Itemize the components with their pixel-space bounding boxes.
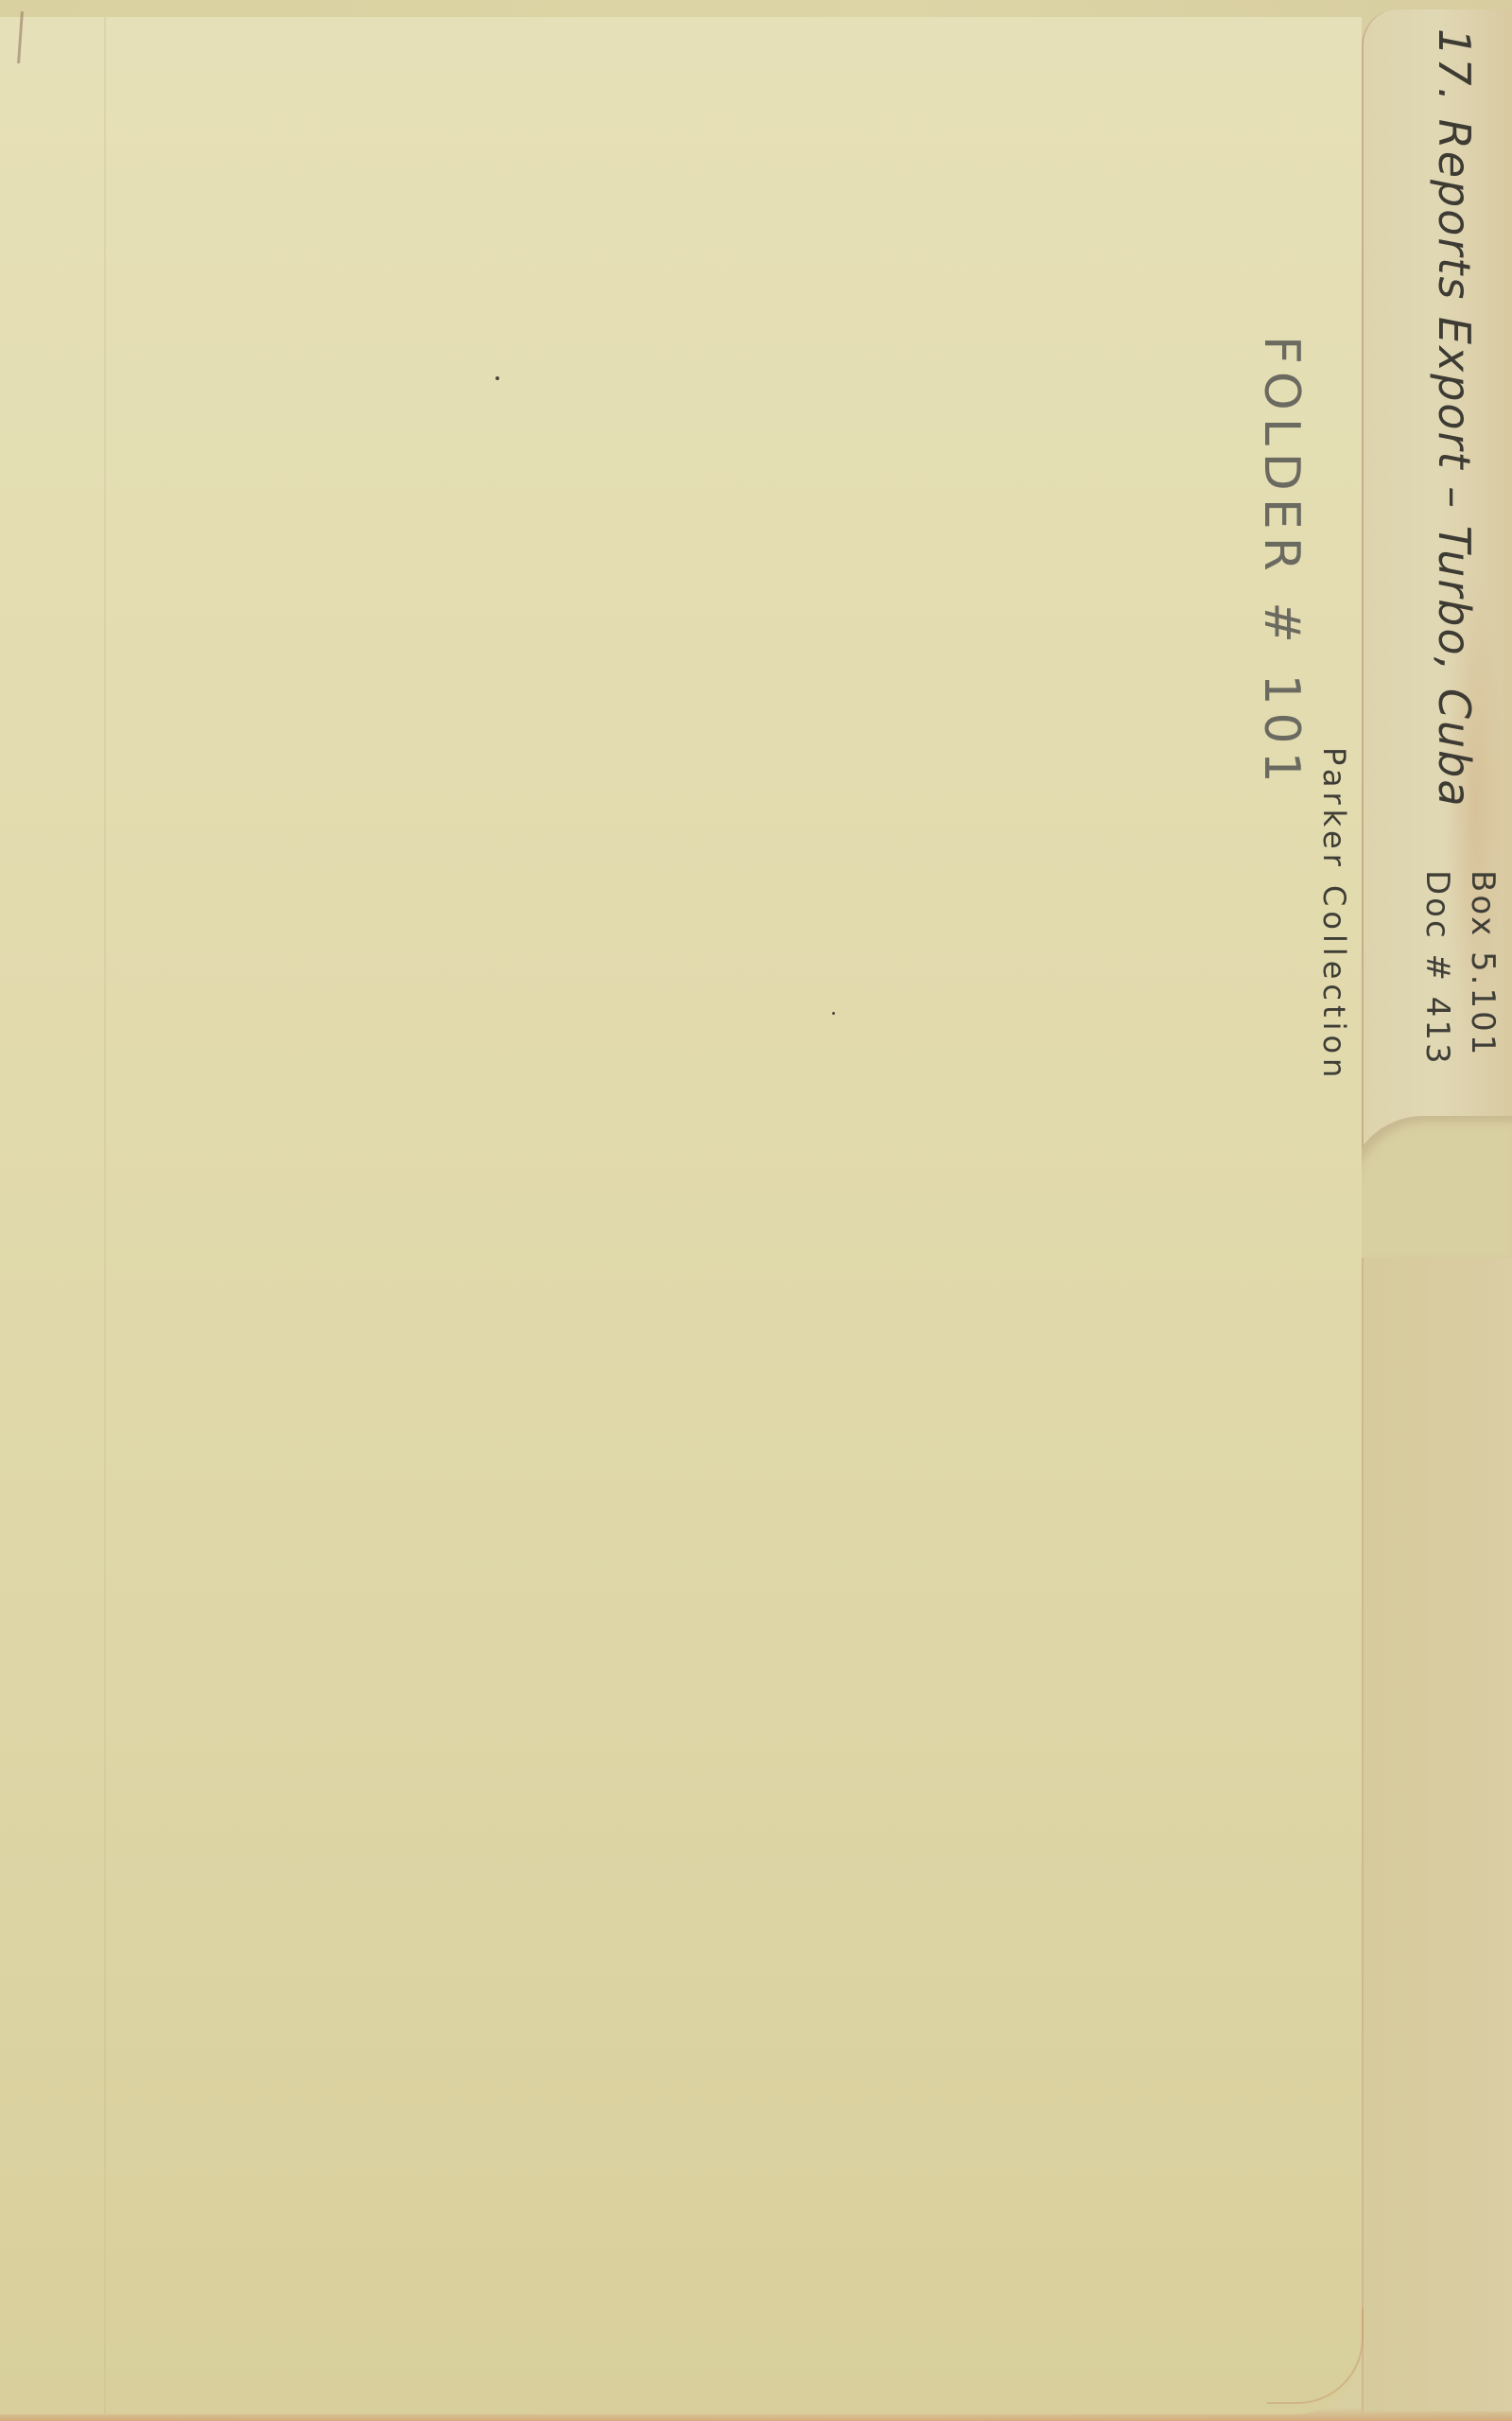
collection-label: Parker Collection — [1316, 747, 1352, 1082]
folder-back-lower-panel — [1362, 1220, 1512, 2412]
speck — [832, 1012, 835, 1015]
tab-notch — [1347, 1116, 1512, 1258]
tab-label: 17. Reports Export – Turbo, Cuba — [1429, 28, 1480, 809]
folder-front-panel — [0, 17, 1362, 2414]
speck — [495, 376, 499, 380]
doc-reference: Doc # 413 — [1418, 870, 1456, 1067]
folder-number: FOLDER # 101 — [1253, 336, 1310, 791]
box-reference: Box 5.101 — [1464, 870, 1502, 1057]
